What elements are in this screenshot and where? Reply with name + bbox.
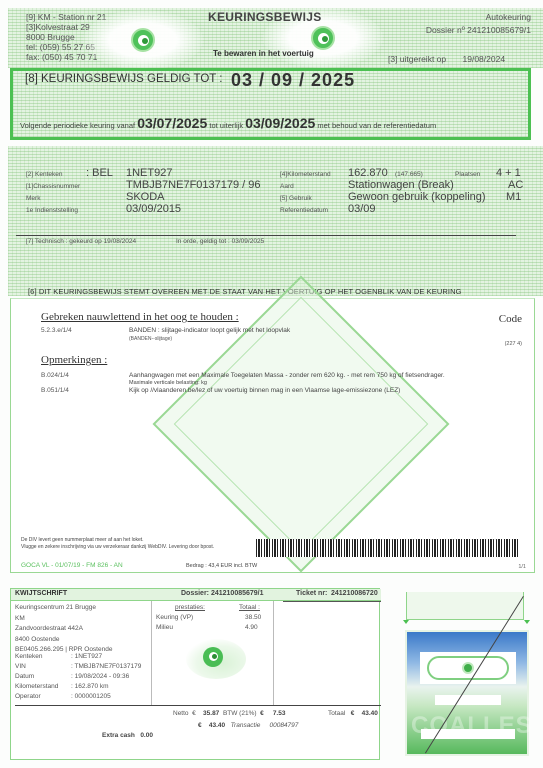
inspection-certificate: [9] KM - Station nr 21 [3]Kolvestraat 29… — [0, 0, 543, 768]
certificate-header: [9] KM - Station nr 21 [3]Kolvestraat 29… — [8, 8, 543, 68]
remark-text-2: Maximale verticale belasting: kg — [129, 380, 207, 386]
detail-key: Datum — [15, 673, 71, 680]
conformity-statement: [6] DIT KEURINGSBEWIJS STEMT OVEREEN MET… — [28, 287, 462, 296]
remark-text: Kijk op //vlaanderen.be/lez of uw voertu… — [129, 387, 400, 394]
currency: € — [351, 710, 355, 717]
arrow-down-icon — [403, 620, 409, 624]
extra-cash-label: Extra cash — [102, 732, 135, 739]
receipt-address: Keuringscentrum 21 Brugge KM Zandvoordes… — [15, 603, 112, 656]
divider — [16, 235, 516, 236]
detail-key: Kilometerstand — [15, 683, 71, 690]
total-value: 43.40 — [362, 710, 378, 717]
ticket-label: Ticket nr: — [296, 590, 327, 597]
paid-row: € 43.40 Transactie 00084797 — [198, 722, 298, 729]
mileage-value: 162.870 — [348, 167, 388, 179]
next-suffix: met behoud van de referentiedatum — [317, 121, 436, 130]
extra-cash-value: 0.00 — [140, 732, 153, 739]
defect-subtext: (BANDEN--slijtage) — [129, 336, 172, 342]
address-line: Zandvoordestraat 442A — [15, 624, 112, 635]
vat-label: BTW (21%) — [223, 710, 257, 717]
issued-date: 19/08/2024 — [463, 54, 506, 64]
technical-validity: In orde, geldig tot : 03/09/2025 — [176, 238, 264, 245]
goca-eye-logo-icon — [83, 10, 203, 70]
receipt: KWIJTSCHRIFT Dossier: 241210085679/1 Tic… — [10, 588, 380, 760]
defect-ref: (227 4) — [505, 341, 522, 347]
arrow-down-icon — [524, 620, 530, 624]
inspection-sticker: COALLES — [405, 630, 529, 756]
remark-text: Aanhangwagen met een Maximale Toegelaten… — [129, 372, 445, 379]
keep-notice: Te bewaren in het voertuig — [213, 49, 314, 58]
form-id: GOCA VL - 01/07/19 - FM 826 - AN — [21, 562, 123, 569]
next-mid: tot uiterlijk — [209, 121, 243, 130]
eye-icon — [462, 662, 474, 674]
page-number: 1/1 — [518, 564, 526, 570]
remark-code: B.051/1/4 — [41, 387, 69, 394]
usage-value: Gewoon gebruik (koppeling) — [348, 191, 486, 203]
netto-row: Netto € 35.87 BTW (21%) € 7.53 — [173, 710, 285, 717]
next-inspection: Volgende periodieke keuring vanaf 03/07/… — [20, 115, 436, 131]
detail-value: : 0000001205 — [71, 693, 111, 700]
vehicle-type-value: Stationwagen (Break) — [348, 179, 454, 191]
body-code: AC — [508, 179, 523, 191]
vehicle-category: M1 — [506, 191, 521, 203]
autokeuring-label: Autokeuring — [486, 12, 531, 22]
receipt-dossier: Dossier: 241210085679/1 — [181, 590, 264, 597]
next-from-date: 03/07/2025 — [137, 115, 207, 131]
reference-date-label: Referentiedatum — [280, 207, 328, 214]
next-prefix: Volgende periodieke keuring vanaf — [20, 121, 135, 130]
detail-key: Operator — [15, 693, 71, 700]
reference-date-value: 03/09 — [348, 203, 376, 215]
make-label: Merk — [26, 195, 40, 202]
previous-mileage: (147.665) — [395, 171, 423, 178]
service-amount: 38.50 — [245, 614, 261, 621]
inspection-findings: Gebreken nauwlettend in het oog te houde… — [10, 298, 535, 573]
vehicle-type-label: Aard — [280, 183, 294, 190]
detail-value: : 1NET927 — [71, 653, 102, 660]
transaction-number: 00084797 — [269, 722, 298, 729]
detail-value: : 19/08/2024 - 09:36 — [71, 673, 129, 680]
issued-label: [3] uitgereikt op — [388, 54, 446, 64]
next-to-date: 03/09/2025 — [245, 115, 315, 131]
validity-label: [8] KEURINGSBEWIJS GELDIG TOT : — [25, 73, 222, 85]
currency: € — [192, 710, 196, 717]
dossier-number: Dossier nº 241210085679/1 — [426, 25, 531, 35]
usage-label: [5] Gebruik — [280, 195, 312, 202]
defect-code: 5.2.3.e/1/4 — [41, 327, 72, 334]
seats-label: Plaatsen — [455, 171, 480, 178]
seats-value: 4 + 1 — [496, 167, 521, 179]
netto-label: Netto — [173, 710, 189, 717]
total-row: Totaal € 43.40 — [328, 710, 378, 717]
plate-value: 1NET927 — [126, 167, 172, 179]
code-header: Code — [499, 313, 522, 325]
document-title: KEURINGSBEWIJS — [208, 10, 322, 24]
defect-text: BANDEN : slijtage-indicator loopt gelijk… — [129, 327, 290, 334]
watermark-diamond-inner — [174, 297, 429, 552]
first-registration-label: 1e Indienststelling — [26, 207, 78, 214]
chassis-value: TMBJB7NE7F0137179 / 96 — [126, 179, 261, 191]
divider — [273, 601, 274, 705]
paid-value: 43.40 — [209, 722, 225, 729]
receipt-header: KWIJTSCHRIFT Dossier: 241210085679/1 Tic… — [11, 589, 381, 601]
validity-date: 03 / 09 / 2025 — [231, 70, 355, 91]
sticker-area: COALLES — [390, 588, 540, 760]
divider — [283, 601, 381, 602]
barcode — [256, 539, 518, 557]
service-name: Keuring (VP) — [156, 614, 193, 621]
technical-status: [7] Technisch : gekeurd op 19/08/2024 — [26, 238, 136, 245]
detail-row: Operator: 0000001205 — [15, 693, 111, 700]
issued-on: [3] uitgereikt op 19/08/2024 — [388, 54, 505, 64]
total-header: Totaal : — [239, 604, 260, 611]
services-header: prestaties: — [175, 604, 205, 611]
address-line: Keuringscentrum 21 Brugge — [15, 603, 112, 614]
divider — [15, 705, 381, 706]
amount-total: Bedrag : 43,4 EUR incl. BTW — [186, 563, 257, 569]
remark-code: B.024/1/4 — [41, 372, 69, 379]
service-name: Milieu — [156, 624, 173, 631]
address-line: KM — [15, 614, 112, 625]
ticket-number: 241210086720 — [331, 590, 378, 597]
detail-row: Kenteken: 1NET927 — [15, 653, 102, 660]
goca-eye-logo-icon — [186, 639, 246, 679]
defects-title: Gebreken nauwlettend in het oog te houde… — [41, 311, 239, 323]
div-note-line: De DIV levert geen nummerplaat meer af a… — [21, 537, 214, 544]
currency: € — [198, 722, 202, 729]
detail-value: : TMBJB7NE7F0137179 — [71, 663, 141, 670]
detail-value: : 162.870 km — [71, 683, 109, 690]
plate-country: : BEL — [86, 167, 113, 179]
address-line: 8400 Oostende — [15, 635, 112, 646]
detail-key: Kenteken — [15, 653, 71, 660]
detail-row: Datum: 19/08/2024 - 09:36 — [15, 673, 129, 680]
receipt-title: KWIJTSCHRIFT — [15, 590, 67, 597]
mileage-label: [4]Kilometerstand — [280, 171, 331, 178]
sticker-field — [435, 695, 501, 705]
remarks-title: Opmerkingen : — [41, 354, 107, 366]
total-label: Totaal — [328, 710, 345, 717]
div-notice: De DIV levert geen nummerplaat meer af a… — [21, 537, 214, 551]
sticker-slot — [406, 592, 524, 620]
currency: € — [260, 710, 264, 717]
extra-cash-row: Extra cash 0.00 — [102, 732, 153, 739]
detail-key: VIN — [15, 663, 71, 670]
vehicle-details: [2] Kenteken : BEL 1NET927 [1]Chassisnum… — [8, 146, 543, 296]
first-registration-value: 03/09/2015 — [126, 203, 181, 215]
service-amount: 4.90 — [245, 624, 258, 631]
plate-label: [2] Kenteken — [26, 171, 63, 178]
validity-box: [8] KEURINGSBEWIJS GELDIG TOT : 03 / 09 … — [10, 68, 531, 140]
transaction-label: Transactie — [231, 722, 261, 729]
netto-value: 35.87 — [203, 710, 219, 717]
chassis-label: [1]Chassisnummer — [26, 183, 80, 190]
make-value: SKODA — [126, 191, 165, 203]
detail-row: Kilometerstand: 162.870 km — [15, 683, 109, 690]
divider — [151, 601, 152, 705]
detail-row: VIN: TMBJB7NE7F0137179 — [15, 663, 141, 670]
vat-value: 7.53 — [273, 710, 286, 717]
div-note-line: Vlugge en zekere inschrijving via uw ver… — [21, 544, 214, 551]
